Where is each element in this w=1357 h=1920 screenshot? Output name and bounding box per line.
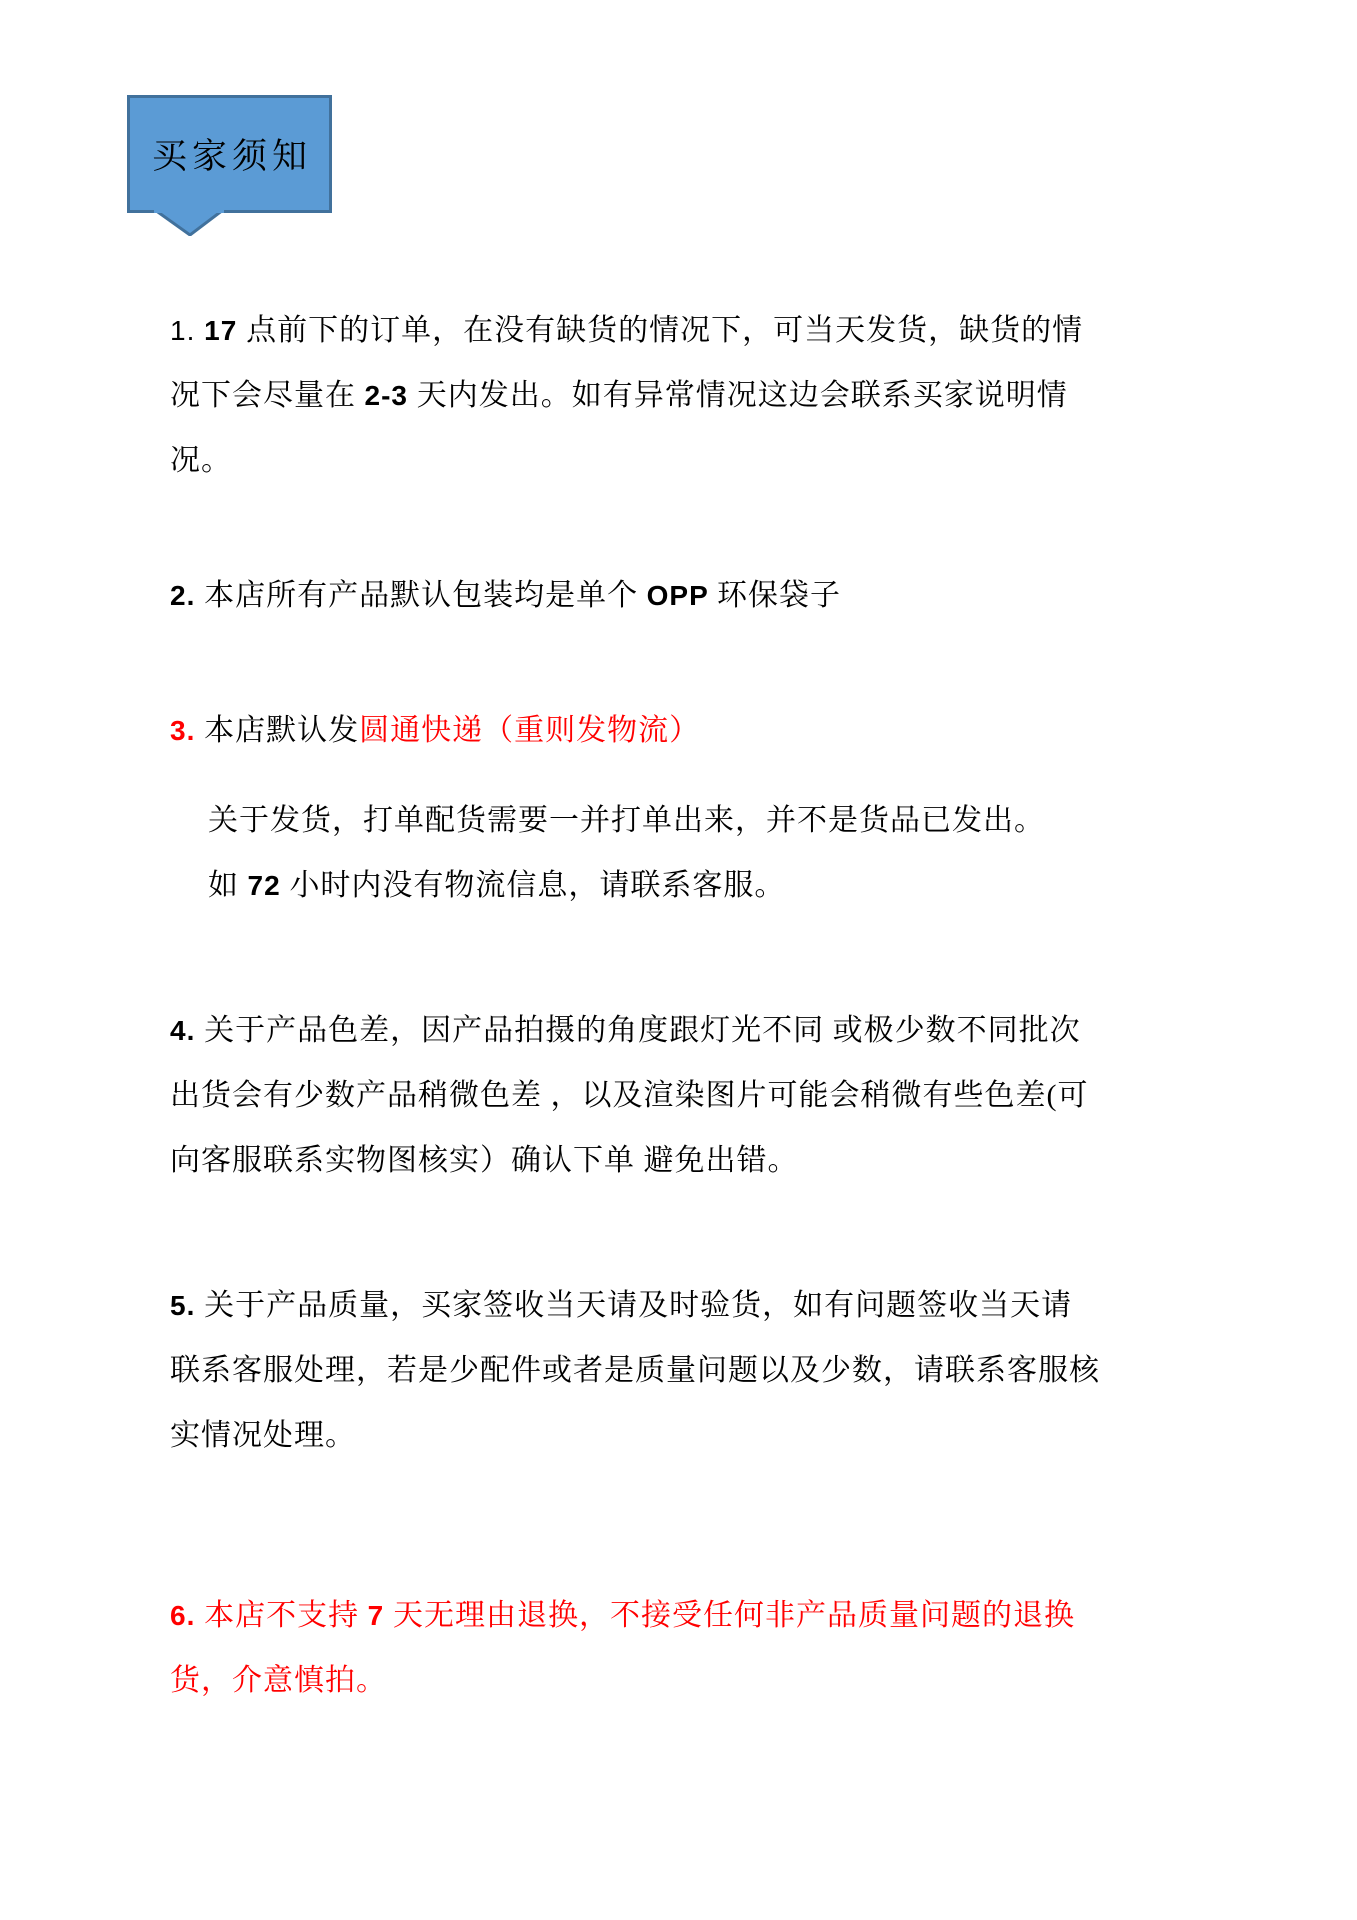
text-segment: 况。	[170, 444, 232, 477]
text-segment: 2-3	[365, 380, 417, 411]
notice-line: 5. 关于产品质量，买家签收当天请及时验货，如有问题签收当天请	[170, 1273, 1190, 1338]
notice-line: 联系客服处理，若是少配件或者是质量问题以及少数，请联系客服核	[170, 1338, 1190, 1403]
text-segment: 1.	[170, 315, 204, 346]
notice-line: 向客服联系实物图核实）确认下单 避免出错。	[170, 1128, 1190, 1193]
text-segment: 关于产品色差，因产品拍摄的角度跟灯光不同 或极少数不同批次	[204, 1014, 1081, 1047]
notice-line: 况。	[170, 428, 1190, 493]
text-segment: 2.	[170, 580, 204, 611]
notice-item: 4. 关于产品色差，因产品拍摄的角度跟灯光不同 或极少数不同批次出货会有少数产品…	[170, 998, 1190, 1193]
notice-line: 3. 本店默认发圆通快递（重则发物流）	[170, 698, 1190, 763]
text-segment: 向客服联系实物图核实）确认下单 避免出错。	[170, 1144, 799, 1177]
notice-line: 6. 本店不支持 7 天无理由退换，不接受任何非产品质量问题的退换	[170, 1583, 1190, 1648]
text-segment: 如	[208, 869, 248, 902]
text-segment: 3.	[170, 715, 204, 746]
text-segment: 环保袋子	[717, 579, 841, 612]
text-segment: 6.	[170, 1600, 204, 1631]
text-segment: 实情况处理。	[170, 1419, 356, 1452]
notice-line: 况下会尽量在 2-3 天内发出。如有异常情况这边会联系买家说明情	[170, 363, 1190, 428]
text-segment: 天内发出。如有异常情况这边会联系买家说明情	[417, 379, 1068, 412]
notice-item: 6. 本店不支持 7 天无理由退换，不接受任何非产品质量问题的退换货，介意慎拍。	[170, 1583, 1190, 1713]
notice-line: 4. 关于产品色差，因产品拍摄的角度跟灯光不同 或极少数不同批次	[170, 998, 1190, 1063]
notice-line: 1. 17 点前下的订单，在没有缺货的情况下，可当天发货，缺货的情	[170, 298, 1190, 363]
buyer-notice-callout: 买家须知	[127, 95, 332, 213]
text-segment: 4.	[170, 1015, 204, 1046]
notice-item: 2. 本店所有产品默认包装均是单个 OPP 环保袋子	[170, 563, 1190, 628]
text-segment: 关于产品质量，买家签收当天请及时验货，如有问题签收当天请	[204, 1289, 1072, 1322]
notice-line: 关于发货，打单配货需要一并打单出来，并不是货品已发出。	[208, 788, 1190, 853]
text-segment: 出货会有少数产品稍微色差 ，以及渲染图片可能会稍微有些色差(可	[170, 1079, 1089, 1112]
text-segment: 天无理由退换，不接受任何非产品质量问题的退换	[393, 1599, 1075, 1632]
buyer-notice-title: 买家须知	[147, 129, 312, 179]
text-segment: 17	[204, 315, 246, 346]
notice-line: 货，介意慎拍。	[170, 1648, 1190, 1713]
notice-line: 实情况处理。	[170, 1403, 1190, 1468]
notice-line: 2. 本店所有产品默认包装均是单个 OPP 环保袋子	[170, 563, 1190, 628]
text-segment: 7	[368, 1600, 393, 1631]
notice-line: 如 72 小时内没有物流信息，请联系客服。	[208, 853, 1190, 918]
notice-item: 1. 17 点前下的订单，在没有缺货的情况下，可当天发货，缺货的情况下会尽量在 …	[170, 298, 1190, 493]
text-segment: 72	[248, 870, 290, 901]
text-segment: 5.	[170, 1290, 204, 1321]
text-segment: 货，介意慎拍。	[170, 1664, 387, 1697]
notice-list: 1. 17 点前下的订单，在没有缺货的情况下，可当天发货，缺货的情况下会尽量在 …	[170, 298, 1190, 1713]
text-segment: 圆通快递（重则发物流）	[359, 714, 700, 747]
text-segment: OPP	[647, 580, 717, 611]
text-segment: 关于发货，打单配货需要一并打单出来，并不是货品已发出。	[208, 804, 1045, 837]
text-segment: 况下会尽量在	[170, 379, 365, 412]
callout-tail-icon	[154, 210, 224, 236]
text-segment: 小时内没有物流信息，请联系客服。	[289, 869, 785, 902]
text-segment: 本店默认发	[204, 714, 359, 747]
notice-line: 出货会有少数产品稍微色差 ，以及渲染图片可能会稍微有些色差(可	[170, 1063, 1190, 1128]
text-segment: 点前下的订单，在没有缺货的情况下，可当天发货，缺货的情	[246, 314, 1083, 347]
buyer-notice-page: { "callout": { "label": "买家须知", "fill": …	[0, 0, 1357, 1920]
text-segment: 联系客服处理，若是少配件或者是质量问题以及少数，请联系客服核	[170, 1354, 1100, 1387]
notice-item: 3. 本店默认发圆通快递（重则发物流）关于发货，打单配货需要一并打单出来，并不是…	[170, 698, 1190, 918]
notice-item: 5. 关于产品质量，买家签收当天请及时验货，如有问题签收当天请联系客服处理，若是…	[170, 1273, 1190, 1468]
text-segment: 本店所有产品默认包装均是单个	[204, 579, 647, 612]
text-segment: 本店不支持	[204, 1599, 368, 1632]
